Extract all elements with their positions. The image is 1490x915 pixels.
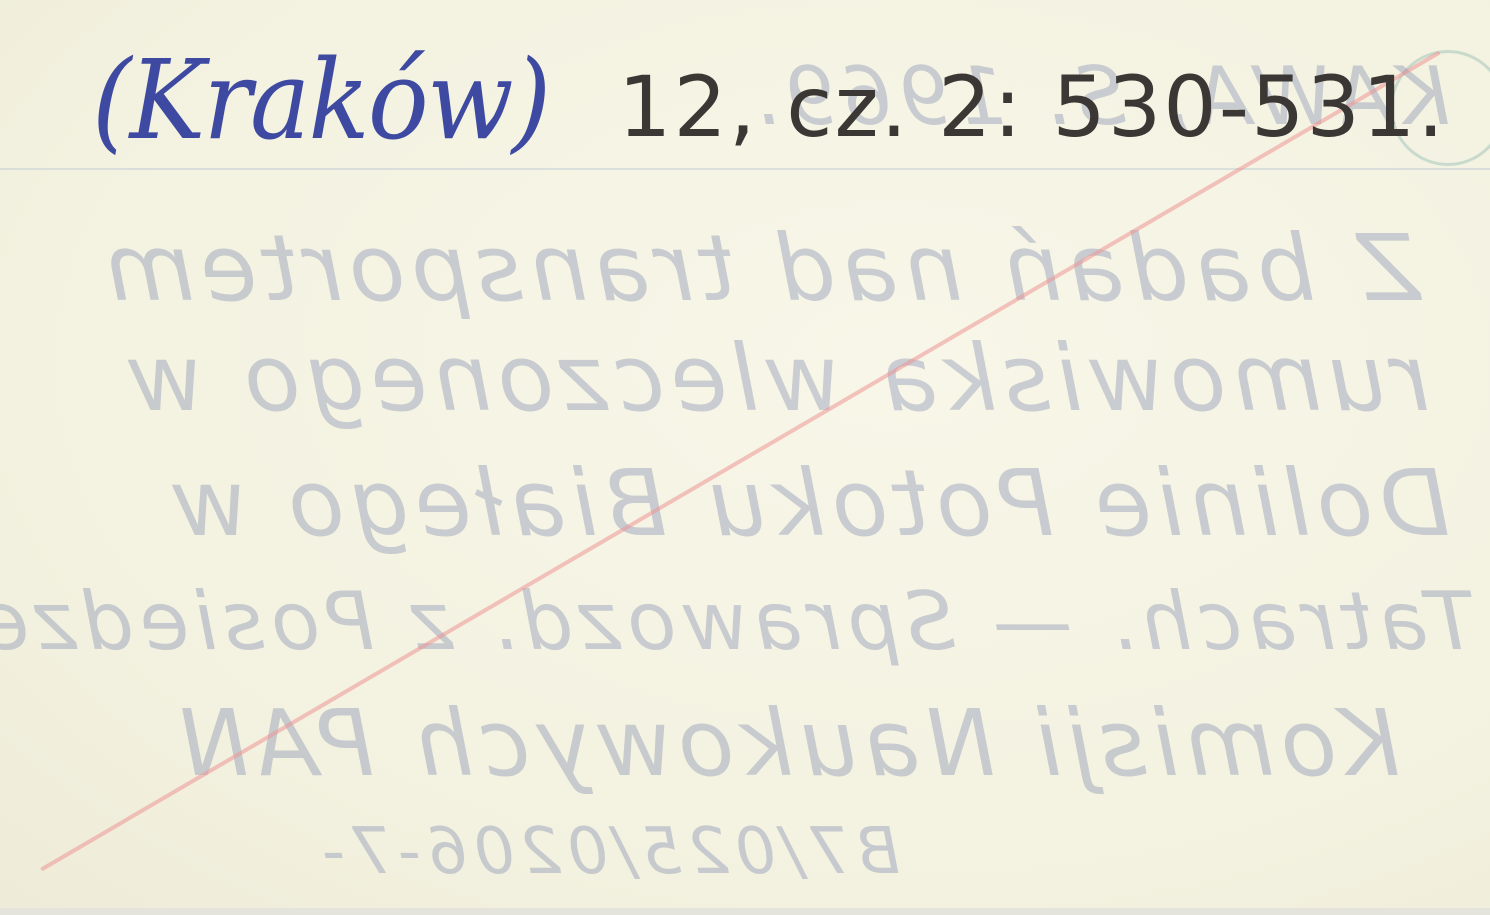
index-card: KAWA, S. 1969. Z badań nad transportem r… [0,0,1490,908]
citation-reference: 12, cz. 2: 530-531. [618,65,1446,149]
bleed-through-line: Tatrach. — Sprawozd. z Posiedzeń [0,575,1475,668]
bleed-through-line: Dolinie Potoku Białego w [166,450,1450,557]
scan-edge [0,908,1490,915]
location-heading: (Kraków) [92,45,549,155]
bleed-through-line: Z badań nad transportem [99,215,1420,322]
bleed-through-line: B7/025/0206-7- [316,815,900,889]
bleed-through-line: Komisji Naukowych PAN [174,690,1400,797]
bleed-through-line: rumowiska wleczonego w [122,325,1430,432]
